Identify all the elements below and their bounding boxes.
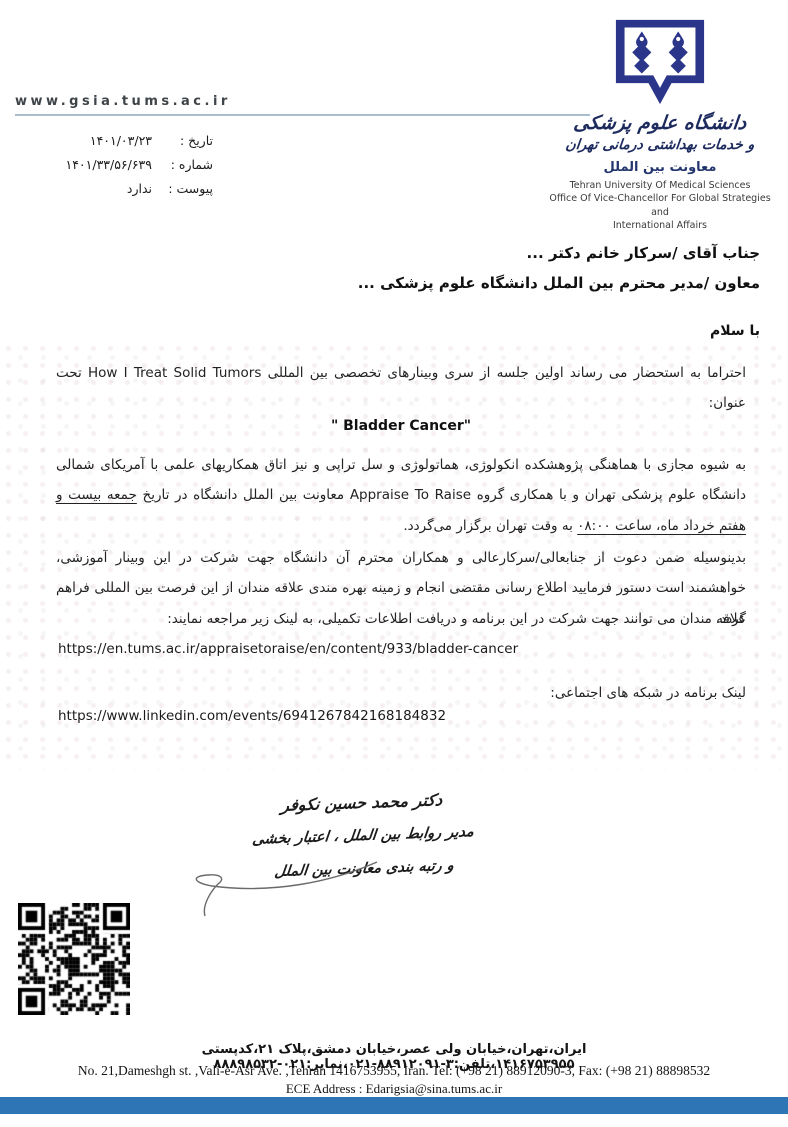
attachment-label: پیوست : xyxy=(161,181,213,196)
salutation: با سلام xyxy=(710,323,760,339)
meta-number-row: شماره : ۱۴۰۱/۳۳/۵۶/۶۳۹ xyxy=(18,157,213,172)
office-name-en-2: International Affairs xyxy=(540,219,780,232)
recipient-block: جناب آقای /سرکار خانم دکتر ... معاون /مد… xyxy=(358,238,760,298)
office-name-fa: معاونت بین الملل xyxy=(540,160,780,175)
registration-link[interactable]: https://en.tums.ac.ir/appraisetoraise/en… xyxy=(58,641,748,657)
date-label: تاریخ : xyxy=(161,133,213,148)
website-url: www.gsia.tums.ac.ir xyxy=(15,94,231,109)
group-name-en: Appraise To Raise xyxy=(350,487,471,503)
linkedin-link[interactable]: https://www.linkedin.com/events/69412678… xyxy=(58,708,748,724)
tums-logo-icon xyxy=(612,16,708,108)
meta-attachment-row: پیوست : ندارد xyxy=(18,181,213,196)
office-name-en-1: Office Of Vice-Chancellor For Global Str… xyxy=(540,192,780,219)
social-link-label: لینک برنامه در شبکه های اجتماعی: xyxy=(56,678,746,708)
attachment-value: ندارد xyxy=(127,181,152,196)
letter-meta-block: تاریخ : ۱۴۰۱/۰۳/۲۳ شماره : ۱۴۰۱/۳۳/۵۶/۶۳… xyxy=(18,133,213,205)
letter-page: www.gsia.tums.ac.ir تاریخ : ۱۴۰۱/۰۳/۲۳ ش… xyxy=(0,0,788,1127)
footer-ece-email[interactable]: ECE Address : Edarigsia@sina.tums.ac.ir xyxy=(30,1081,758,1097)
number-label: شماره : xyxy=(161,157,213,172)
signature-flourish xyxy=(182,848,382,918)
letterhead-url-rule: www.gsia.tums.ac.ir xyxy=(15,90,590,116)
paragraph-details: به شیوه مجازی با هماهنگی پژوهشکده انکولو… xyxy=(56,450,746,541)
meta-date-row: تاریخ : ۱۴۰۱/۰۳/۲۳ xyxy=(18,133,213,148)
date-value: ۱۴۰۱/۰۳/۲۳ xyxy=(90,133,152,148)
recipient-line-2: معاون /مدیر محترم بین الملل دانشگاه علوم… xyxy=(358,268,760,298)
qr-code xyxy=(18,903,130,1015)
university-name-fa-2: و خدمات بهداشتی درمانی تهران xyxy=(539,137,781,153)
letterhead: دانشگاه علوم پزشکی و خدمات بهداشتی درمان… xyxy=(540,16,780,232)
recipient-line-1: جناب آقای /سرکار خانم دکتر ... xyxy=(358,238,760,268)
university-name-en: Tehran University Of Medical Sciences xyxy=(540,179,780,192)
paragraph-link-note: علاقه مندان می توانند جهت شرکت در این بر… xyxy=(56,604,746,634)
paragraph-intro-fa: احتراما به استحضار می رساند اولین جلسه ا… xyxy=(261,365,746,381)
event-title: " Bladder Cancer" xyxy=(56,418,746,434)
university-name-fa: دانشگاه علوم پزشکی xyxy=(539,112,781,134)
webinar-series-name-en: How I Treat Solid Tumors xyxy=(88,365,261,381)
paragraph-details-fa-mid: معاونت بین الملل دانشگاه در تاریخ xyxy=(137,487,350,503)
header-english-block: Tehran University Of Medical Sciences Of… xyxy=(540,179,780,232)
paragraph-details-fa-tail: به وقت تهران برگزار می‌گردد. xyxy=(403,518,577,534)
paragraph-intro: احتراما به استحضار می رساند اولین جلسه ا… xyxy=(56,358,746,419)
number-value: ۱۴۰۱/۳۳/۵۶/۶۳۹ xyxy=(66,157,153,172)
footer-accent-bar xyxy=(0,1097,788,1114)
footer-address-en: No. 21,Dameshgh st. ,Vali-e-Asr Ave. ,Te… xyxy=(30,1063,758,1079)
